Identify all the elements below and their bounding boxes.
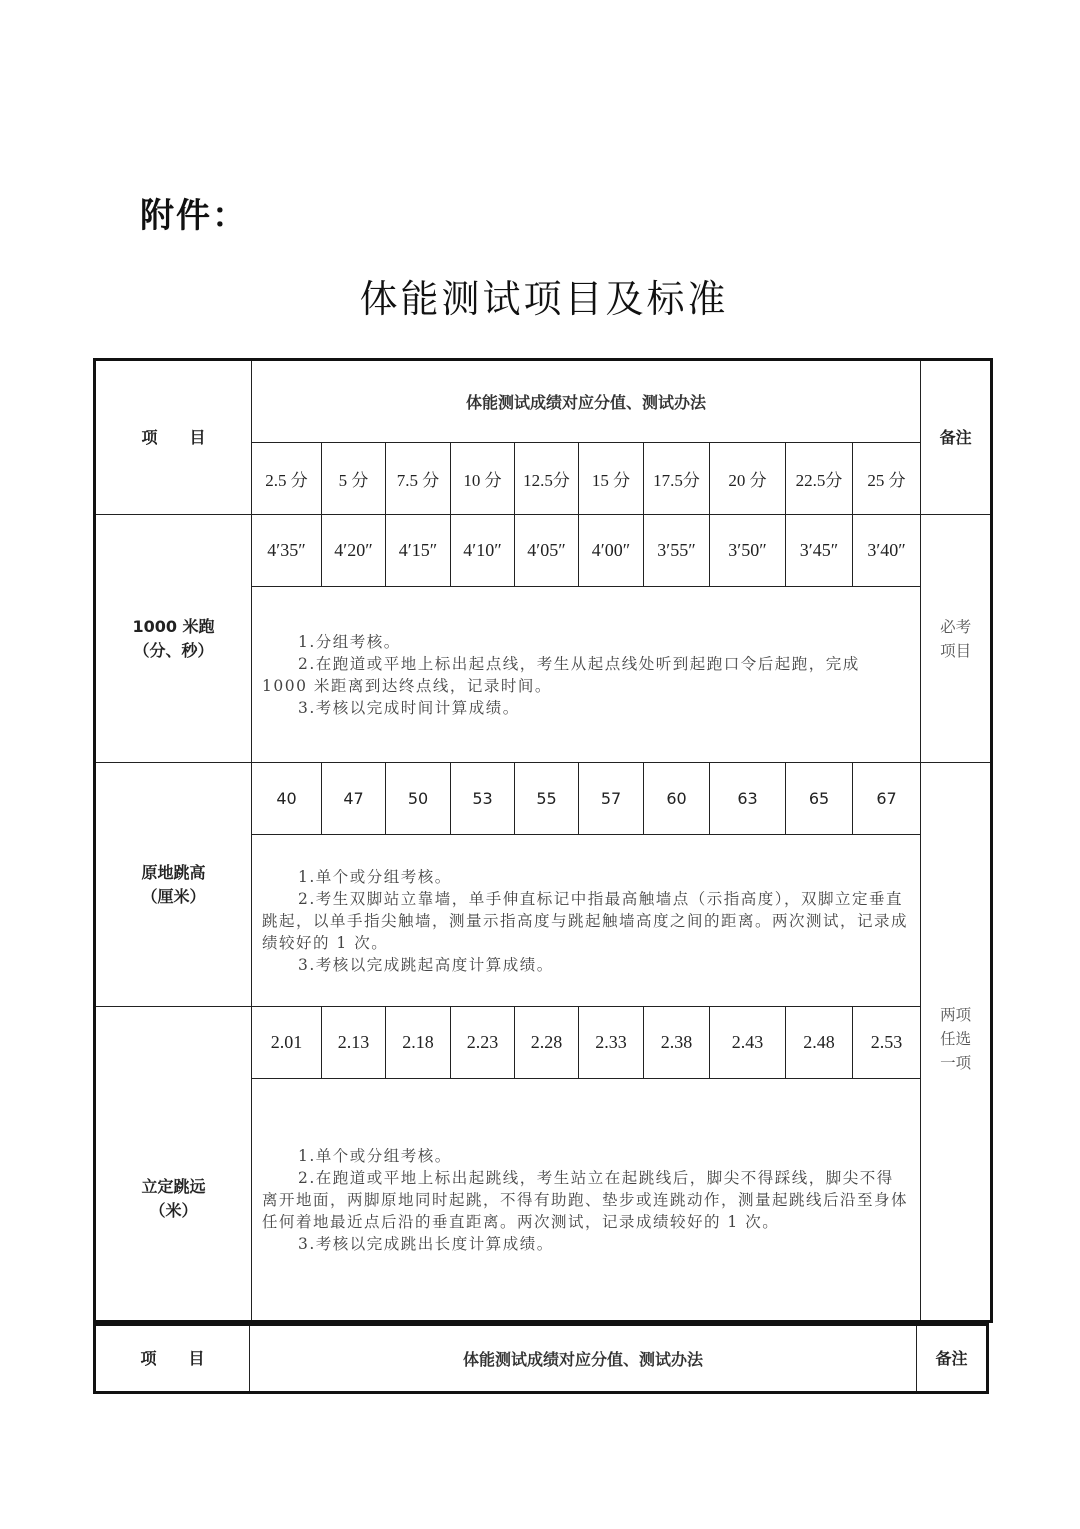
method-cell-1000m: 1.分组考核。 2.在跑道或平地上标出起点线，考生从起点线处听到起跑口令后起跑，… [252,587,921,763]
table-row-1000m-values: 1000 米跑 （分、秒） 4′35″ 4′20″ 4′15″ 4′10″ 4′… [95,515,992,587]
footer-remark-label: 备注 [935,1349,967,1368]
value-cell: 67 [853,763,921,835]
method-step: 2.在跑道或平地上标出起点线，考生从起点线处听到起跑口令后起跑，完成 1000 … [262,653,908,697]
score-cell: 22.5分 [786,443,853,515]
table-row-long-jump-values: 立定跳远 （米） 2.01 2.13 2.18 2.23 2.28 2.33 2… [95,1007,992,1079]
method-step: 3.考核以完成跳出长度计算成绩。 [262,1233,908,1255]
header-remark-label: 备注 [940,428,972,447]
footer-method-cell: 体能测试成绩对应分值、测试办法 [250,1325,917,1393]
method-step: 3.考核以完成跳起高度计算成绩。 [262,954,908,976]
item-unit: （米） [96,1199,251,1223]
item-cell-1000m: 1000 米跑 （分、秒） [95,515,252,763]
method-step: 1.分组考核。 [262,631,908,653]
footer-method-label: 体能测试成绩对应分值、测试办法 [463,1350,703,1369]
value-cell: 3′55″ [644,515,710,587]
value-cell: 2.43 [710,1007,786,1079]
footer-item-cell: 项 目 [95,1325,250,1393]
value-cell: 50 [386,763,451,835]
document-title: 体能测试项目及标准 [0,268,1080,323]
method-step: 3.考核以完成时间计算成绩。 [262,697,908,719]
score-cell: 20 分 [710,443,786,515]
value-cell: 57 [579,763,644,835]
value-cell: 4′15″ [386,515,451,587]
method-step: 2.考生双脚站立靠墙，单手伸直标记中指最高触墙点（示指高度），双脚立定垂直跳起，… [262,888,908,954]
repeated-header-row: 项 目 体能测试成绩对应分值、测试办法 备注 [95,1325,988,1393]
value-cell: 2.01 [252,1007,322,1079]
remark-cell-required: 必考 项目 [921,515,992,763]
value-cell: 65 [786,763,853,835]
item-cell-long-jump: 立定跳远 （米） [95,1007,252,1322]
remark-text: 一项 [921,1051,990,1075]
value-cell: 3′50″ [710,515,786,587]
table-row-high-jump-values: 原地跳高 （厘米） 40 47 50 53 55 57 60 63 65 67 … [95,763,992,835]
value-cell: 4′10″ [451,515,515,587]
header-remark-cell: 备注 [921,360,992,515]
footer-remark-cell: 备注 [917,1325,988,1393]
header-item-cell: 项 目 [95,360,252,515]
item-name: 1000 米跑 [96,615,251,639]
value-cell: 4′05″ [515,515,579,587]
value-cell: 3′40″ [853,515,921,587]
remark-text: 必考 [921,615,990,639]
method-cell-high-jump: 1.单个或分组考核。 2.考生双脚站立靠墙，单手伸直标记中指最高触墙点（示指高度… [252,835,921,1007]
score-cell: 25 分 [853,443,921,515]
value-cell: 2.48 [786,1007,853,1079]
score-cell: 7.5 分 [386,443,451,515]
score-cell: 10 分 [451,443,515,515]
header-row: 项 目 体能测试成绩对应分值、测试办法 备注 [95,360,992,443]
value-cell: 47 [322,763,386,835]
method-cell-long-jump: 1.单个或分组考核。 2.在跑道或平地上标出起跳线，考生站立在起跳线后，脚尖不得… [252,1079,921,1322]
value-cell: 55 [515,763,579,835]
value-cell: 2.23 [451,1007,515,1079]
header-item-label: 项 目 [141,428,205,447]
item-cell-high-jump: 原地跳高 （厘米） [95,763,252,1007]
attachment-label: 附件： [140,188,248,237]
header-method-label: 体能测试成绩对应分值、测试办法 [466,393,706,412]
score-cell: 2.5 分 [252,443,322,515]
value-cell: 2.38 [644,1007,710,1079]
value-cell: 4′35″ [252,515,322,587]
score-cell: 17.5分 [644,443,710,515]
footer-item-label: 项 目 [140,1349,204,1368]
value-cell: 60 [644,763,710,835]
value-cell: 4′20″ [322,515,386,587]
item-unit: （分、秒） [96,639,251,663]
score-cell: 15 分 [579,443,644,515]
score-cell: 5 分 [322,443,386,515]
value-cell: 2.33 [579,1007,644,1079]
value-cell: 2.28 [515,1007,579,1079]
remark-text: 项目 [921,639,990,663]
value-cell: 2.13 [322,1007,386,1079]
item-name: 立定跳远 [96,1105,251,1199]
method-step: 1.单个或分组考核。 [262,866,908,888]
value-cell: 63 [710,763,786,835]
score-cell: 12.5分 [515,443,579,515]
method-step: 2.在跑道或平地上标出起跳线，考生站立在起跳线后，脚尖不得踩线，脚尖不得离开地面… [262,1167,908,1233]
fitness-standards-table: 项 目 体能测试成绩对应分值、测试办法 备注 2.5 分 5 分 7.5 分 1… [93,358,993,1323]
method-step: 1.单个或分组考核。 [262,1145,908,1167]
value-cell: 2.53 [853,1007,921,1079]
remark-text: 两项 [921,1003,990,1027]
value-cell: 2.18 [386,1007,451,1079]
repeated-header-table: 项 目 体能测试成绩对应分值、测试办法 备注 [93,1323,989,1394]
item-name: 原地跳高 [96,861,251,885]
header-method-cell: 体能测试成绩对应分值、测试办法 [252,360,921,443]
remark-cell-choose-one: 两项 任选 一项 [921,763,992,1322]
remark-text: 任选 [921,1027,990,1051]
value-cell: 4′00″ [579,515,644,587]
value-cell: 40 [252,763,322,835]
item-unit: （厘米） [96,885,251,909]
value-cell: 3′45″ [786,515,853,587]
value-cell: 53 [451,763,515,835]
